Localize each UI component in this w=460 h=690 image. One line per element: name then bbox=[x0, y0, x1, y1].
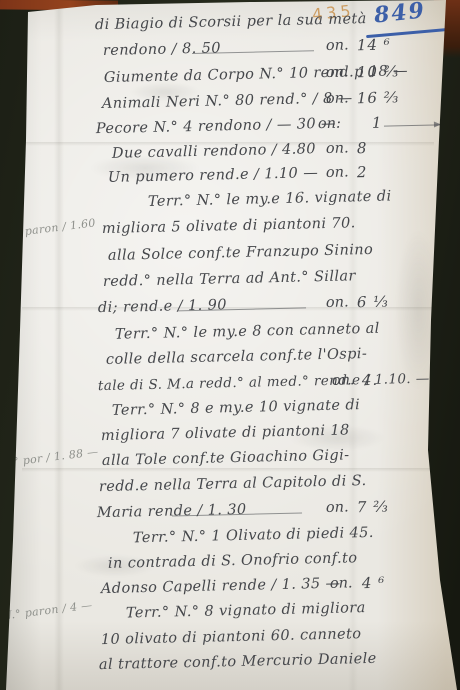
amount-value: 14 ⁶ bbox=[357, 34, 391, 55]
line-text: Maria rende / 1. 30 bbox=[97, 500, 247, 523]
handwritten-text-block: di Biagio di Scorsii per la sua metà ren… bbox=[0, 0, 460, 690]
arrow-rule bbox=[384, 124, 440, 126]
amount-value: 10 ⅔ bbox=[357, 61, 400, 82]
line-text: tale di S. M.a redd.° al med.° rend.e / … bbox=[98, 369, 430, 397]
amount-value: 7 ⅔ bbox=[357, 497, 389, 518]
line-text: redd.° nella Terra ad Ant.° Sillar bbox=[103, 266, 356, 292]
line-text: in contrada di S. Onofrio conf.to bbox=[108, 548, 358, 574]
amount-value: 8 bbox=[357, 138, 368, 158]
line-text: Due cavalli rendono / 4.80 bbox=[112, 139, 316, 164]
amount-value: 4. bbox=[362, 370, 379, 390]
line-text: 10 olivato di piantoni 60. canneto bbox=[101, 624, 362, 650]
line-text: Terr.° N.° 8 vignato di migliora bbox=[126, 598, 366, 623]
line-text: Un pumero rend.e / 1.10 — bbox=[108, 163, 319, 188]
unit-label: on. bbox=[326, 497, 349, 518]
line-text: migliora 5 olivate di piantoni 70. bbox=[102, 213, 356, 239]
manuscript-page: 435 849 di Biagio di Scorsii per la sua … bbox=[0, 0, 460, 690]
unit-label: on. bbox=[326, 292, 349, 313]
amount-value: 6 ⅓ bbox=[357, 292, 389, 313]
line-text: al trattore conf.to Mercurio Daniele bbox=[99, 649, 377, 675]
unit-label: on. bbox=[326, 162, 349, 183]
line-text: Pecore N.° 4 rendono / — 30 — bbox=[96, 114, 336, 139]
line-text: di Biagio di Scorsii per la sua metà bbox=[95, 9, 367, 35]
line-text: Adonso Capelli rende / 1. 35 — bbox=[101, 574, 341, 599]
line-text: colle della scarcela conf.te l'Ospi- bbox=[106, 344, 368, 370]
line-text: Terr.° N.° le my.e 8 con canneto al bbox=[115, 319, 380, 345]
unit-label: on. bbox=[326, 62, 349, 83]
line-text: alla Tole conf.te Gioachino Gigi- bbox=[102, 445, 350, 471]
line-text: Animali Neri N.° 80 rend.° / 8 — bbox=[102, 88, 353, 114]
unit-label: on. bbox=[330, 573, 353, 594]
line-text: rendono / 8. 50 bbox=[103, 38, 221, 61]
line-text: redd.e nella Terra al Capitolo di S. bbox=[99, 471, 367, 497]
unit-label: on: bbox=[318, 114, 341, 135]
amount-value: 4 ⁶ bbox=[362, 573, 386, 594]
line-text: Terr.° N.° le my.e 16. vignate di bbox=[148, 186, 392, 212]
line-text: Terr.° N.° 8 e my.e 10 vignate di bbox=[112, 395, 361, 421]
amount-value: 2 bbox=[357, 162, 368, 182]
unit-label: on. bbox=[326, 35, 349, 56]
unit-label: on. bbox=[326, 88, 349, 109]
line-text: Terr.° N.° 1 Olivato di piedi 45. bbox=[133, 523, 374, 548]
line-text: di; rend.e / 1. 90 bbox=[98, 295, 227, 318]
line-text: migliora 7 olivate di piantoni 18 bbox=[101, 420, 350, 446]
unit-label: on. bbox=[332, 370, 355, 391]
unit-label: on. bbox=[326, 138, 349, 159]
amount-value: 16 ⅔ bbox=[357, 87, 400, 108]
amount-value: 1 bbox=[372, 113, 383, 133]
line-text: alla Solce conf.te Franzupo Sinino bbox=[108, 240, 374, 266]
